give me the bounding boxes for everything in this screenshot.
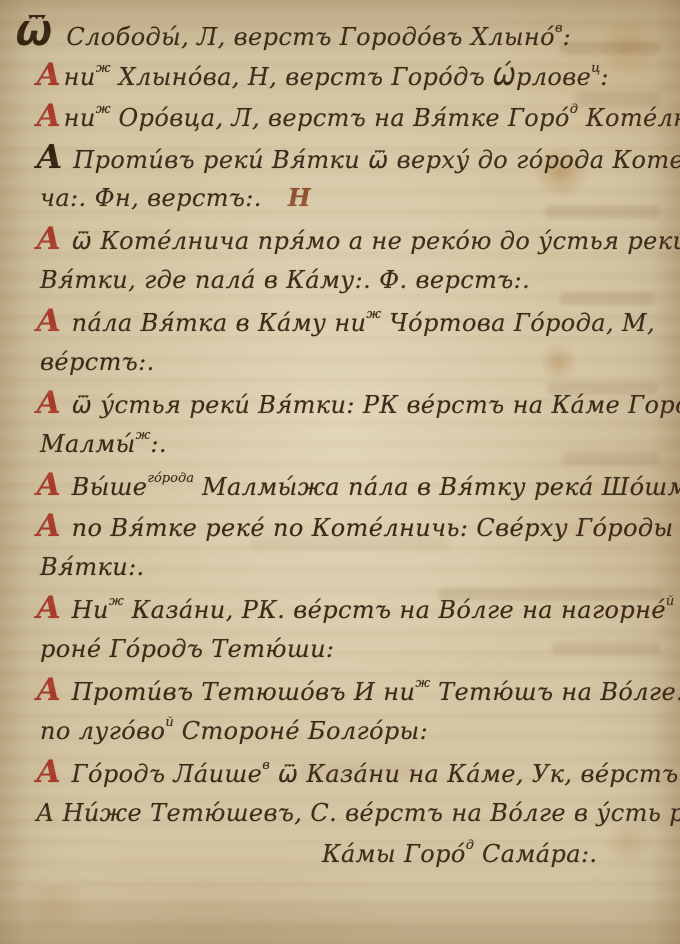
text-run: па́ла Вя́тка в Ка́му ни [64,309,367,337]
text-run: Ни [64,596,109,624]
rubric-initial: А [36,385,62,421]
superscript-letter: ж [109,594,124,609]
paper-stain [10,884,100,928]
manuscript-page: Ѿ Слободы́, Л, верстъ Городо́въ Хлыно́в:… [0,0,680,944]
text-line: А Го́родъ Ла́ишев ѿ Каза́ни на Ка́ме, Ук… [36,752,672,793]
text-run: ни [64,104,96,132]
superscript-letter: ц [591,61,600,76]
text-line: А Проти́въ реки́ Вя́тки ѿ верху́ до го́р… [36,137,672,178]
text-run: ча:. Фн, верстъ:. [40,184,262,212]
rubric-initial: А [36,590,62,626]
rubric-initial: А [36,98,62,134]
superscript-letter: д [466,838,474,853]
rubric-initial: А [36,303,62,339]
text-run: Проти́въ Тетюшо́въ И ни [64,678,416,706]
text-line: А ѿ у́стья реки́ Вя́тки: РК ве́рстъ на К… [36,383,672,424]
text-run: Проти́въ реки́ Вя́тки ѿ верху́ до го́род… [65,146,680,174]
text-line: Аниж Хлыно́ва, Н, верстъ Горо́дъ Ѡ́рлове… [36,55,672,96]
superscript-letter: го́рода [147,471,194,486]
text-run: Вы́ше [64,473,148,501]
text-run: Вя́тки, где пала́ в Ка́му:. Ф. верстъ:. [40,266,530,294]
rubric-initial: А [36,57,62,93]
text-run: Малмы́ [40,430,136,458]
text-run: Тетю́шъ на Во́лге. [430,678,680,706]
text-line: Ка́мы Горо́д Сама́ра:. [322,834,672,875]
text-line: А Проти́въ Тетюшо́въ И ниж Тетю́шъ на Во… [36,670,672,711]
text-run: Хлыно́ва, Н, верстъ Горо́дъ Ѡ́рлове [111,63,592,91]
text-run: роне́ Го́родъ Тетю́ши: [40,635,334,663]
text-run: Оро́вца, Л, верстъ на Вя́тке Горо́ [111,104,570,132]
text-run: Чо́ртова Го́рода, М, [381,309,655,337]
initial-letter: А [36,137,63,176]
superscript-letter: й [165,715,173,730]
text-run: Го́родъ Ла́ише [64,760,263,788]
text-run: Сто- [674,596,680,624]
superscript-letter: ж [96,102,111,117]
text-run: Ка́мы Горо́ [322,840,466,868]
rubric-initial: А [36,467,62,503]
text-run: Слободы́, Л, верстъ Городо́въ Хлыно́ [66,23,555,51]
text-run: Коте́лничъ:. [578,104,680,132]
text-run: А Ни́же Тетю́шевъ, С. ве́рстъ на Во́лге … [36,799,680,827]
text-line: ве́рстъ:. [40,342,672,383]
text-run: ве́рстъ:. [40,348,155,376]
rubric-initial: А [36,508,62,544]
superscript-letter: ж [136,428,151,443]
text-line: Аниж Оро́вца, Л, верстъ на Вя́тке Горо́д… [36,96,672,137]
text-line: Малмы́ж:. [40,424,672,465]
marginal-mark: Н [288,183,311,212]
text-run: по Вя́тке реке́ по Коте́лничь: Све́рху Г… [64,514,674,542]
superscript-letter: в [262,758,270,773]
text-run: ѿ Каза́ни на Ка́ме, Ук, ве́рстъ: [270,760,680,788]
text-run: Стороне́ Болго́ры: [174,717,428,745]
text-line: роне́ Го́родъ Тетю́ши: [40,629,672,670]
rubric-initial: А [36,221,62,257]
text-run: : [600,63,609,91]
rubric-initial: А [36,754,62,790]
text-run: Малмы́жа па́ла в Вя́тку река́ Шо́шма: [194,473,680,501]
text-run: ѿ Коте́лнича пря́мо а не реко́ю до у́сть… [64,227,680,255]
text-line: А Вы́шего́рода Малмы́жа па́ла в Вя́тку р… [36,465,672,506]
rubric-initial: А [36,672,62,708]
text-line: по луго́вой Стороне́ Болго́ры: [40,711,672,752]
text-run: Сама́ра:. [474,840,598,868]
text-run: : [563,23,572,51]
superscript-letter: д [570,102,578,117]
superscript-letter: ж [366,307,381,322]
text-line: А па́ла Вя́тка в Ка́му ниж Чо́ртова Го́р… [36,301,672,342]
text-run: ѿ у́стья реки́ Вя́тки: РК ве́рстъ на Ка́… [64,391,680,419]
manuscript-text: Ѿ Слободы́, Л, верстъ Городо́въ Хлыно́в:… [0,0,680,875]
text-line: А Ниж Каза́ни, РК. ве́рстъ на Во́лге на … [36,588,672,629]
text-line: ча:. Фн, верстъ:.Н [40,178,672,219]
text-line: А ѿ Коте́лнича пря́мо а не реко́ю до у́с… [36,219,672,260]
initial-letter: Ѿ [16,14,64,53]
text-line: Вя́тки:. [40,547,672,588]
text-run: Каза́ни, РК. ве́рстъ на Во́лге на нагорн… [124,596,666,624]
text-line: А по Вя́тке реке́ по Коте́лничь: Све́рху… [36,506,672,547]
text-run: Вя́тки:. [40,553,145,581]
text-line: Ѿ Слободы́, Л, верстъ Городо́въ Хлыно́в: [16,14,672,55]
text-run: по луго́во [40,717,165,745]
superscript-letter: ж [415,676,430,691]
text-line: Вя́тки, где пала́ в Ка́му:. Ф. верстъ:. [40,260,672,301]
text-run: ни [64,63,96,91]
text-line: А Ни́же Тетю́шевъ, С. ве́рстъ на Во́лге … [36,793,672,834]
text-run: :. [150,430,167,458]
superscript-letter: в [555,21,563,36]
superscript-letter: й [666,594,674,609]
superscript-letter: ж [96,61,111,76]
